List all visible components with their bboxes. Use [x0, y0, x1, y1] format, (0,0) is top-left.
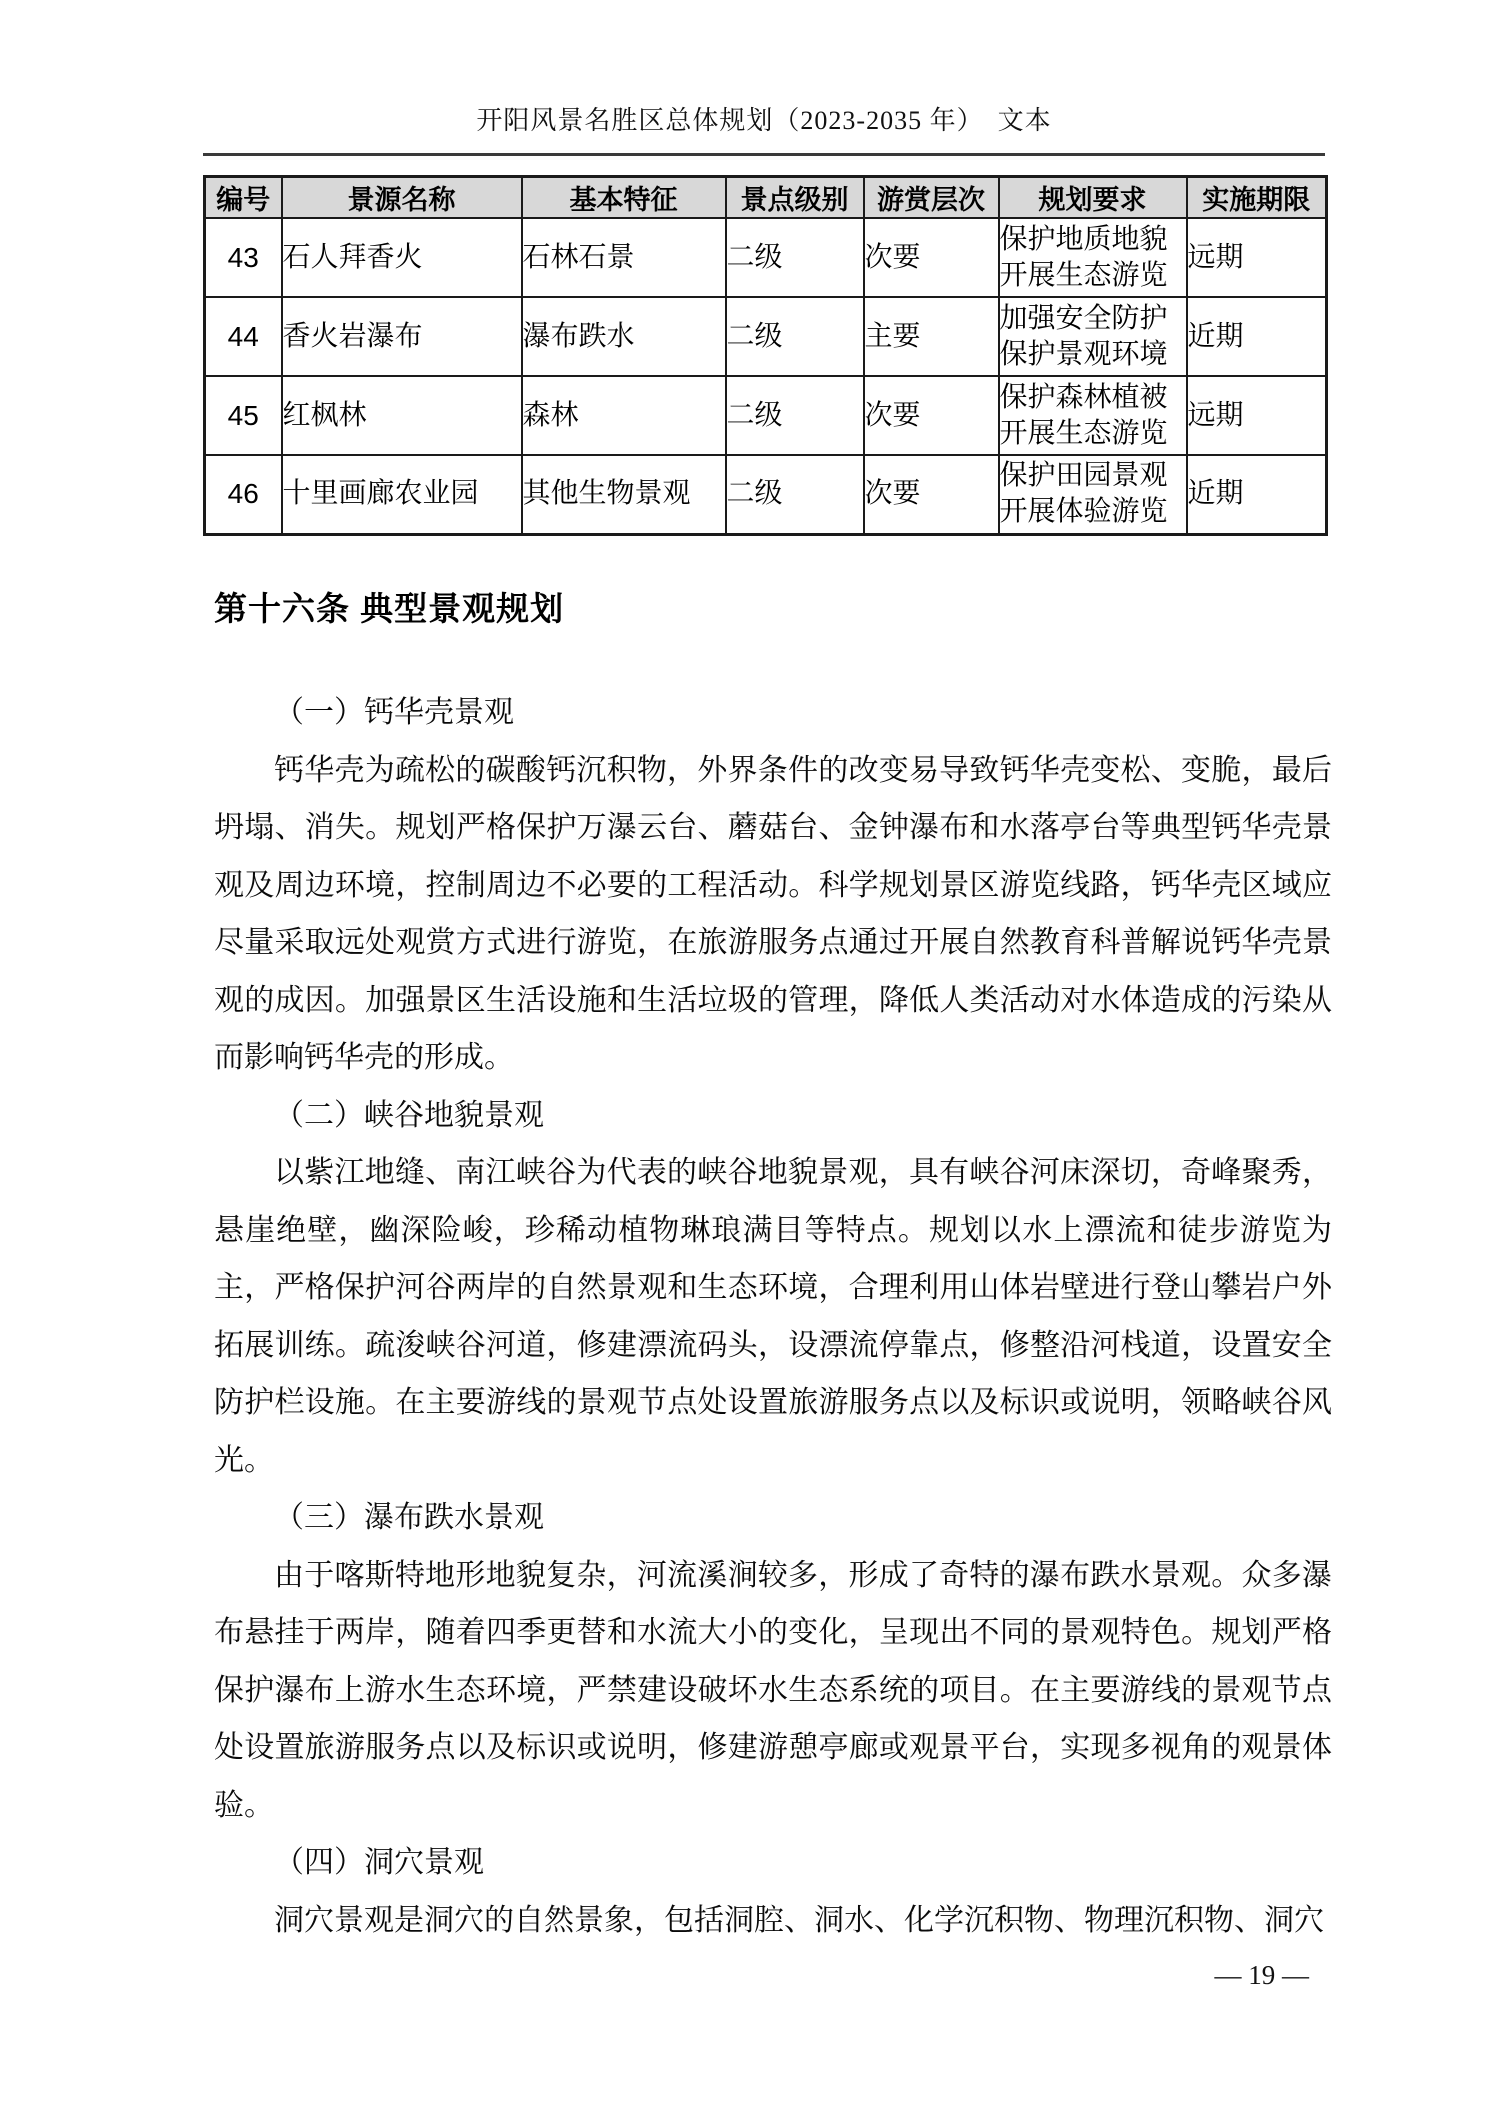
subsection-title: （二）峡谷地貌景观	[214, 1087, 1332, 1145]
table-cell-requirements: 加强安全防护保护景观环境	[999, 297, 1187, 376]
table-cell-tier: 次要	[864, 455, 999, 534]
table-cell-id: 43	[205, 218, 282, 297]
subsection-title: （三）瀑布跌水景观	[214, 1489, 1332, 1547]
table-cell-feature: 森林	[522, 376, 726, 455]
table-cell-period: 近期	[1187, 297, 1327, 376]
table-header-cell: 规划要求	[999, 177, 1187, 219]
table-cell-feature: 瀑布跌水	[522, 297, 726, 376]
table-cell-level: 二级	[726, 376, 864, 455]
table-cell-name: 石人拜香火	[282, 218, 522, 297]
requirement-line: 开展体验游览	[1000, 494, 1186, 530]
page-header-title: 开阳风景名胜区总体规划（2023-2035 年） 文本	[203, 104, 1325, 138]
table-cell-period: 远期	[1187, 376, 1327, 455]
table-cell-requirements: 保护地质地貌开展生态游览	[999, 218, 1187, 297]
requirement-line: 加强安全防护	[1000, 301, 1186, 337]
scenic-resource-table: 编号景源名称基本特征景点级别游赏层次规划要求实施期限 43石人拜香火石林石景二级…	[203, 175, 1328, 536]
table-row: 45红枫林森林二级次要保护森林植被开展生态游览远期	[205, 376, 1327, 455]
header-rule	[203, 153, 1325, 156]
table-header-cell: 游赏层次	[864, 177, 999, 219]
table-cell-feature: 其他生物景观	[522, 455, 726, 534]
table-row: 46十里画廊农业园其他生物景观二级次要保护田园景观开展体验游览近期	[205, 455, 1327, 534]
table-cell-level: 二级	[726, 455, 864, 534]
table-cell-level: 二级	[726, 297, 864, 376]
table-cell-requirements: 保护田园景观开展体验游览	[999, 455, 1187, 534]
table-cell-name: 十里画廊农业园	[282, 455, 522, 534]
table-row: 44香火岩瀑布瀑布跌水二级主要加强安全防护保护景观环境近期	[205, 297, 1327, 376]
table-body: 43石人拜香火石林石景二级次要保护地质地貌开展生态游览远期44香火岩瀑布瀑布跌水…	[205, 218, 1327, 534]
body-paragraph: 由于喀斯特地形地貌复杂，河流溪涧较多，形成了奇特的瀑布跌水景观。众多瀑布悬挂于两…	[214, 1547, 1332, 1835]
scenic-resource-table-wrap: 编号景源名称基本特征景点级别游赏层次规划要求实施期限 43石人拜香火石林石景二级…	[203, 175, 1328, 536]
table-cell-level: 二级	[726, 218, 864, 297]
table-cell-tier: 主要	[864, 297, 999, 376]
body-paragraph: 以紫江地缝、南江峡谷为代表的峡谷地貌景观，具有峡谷河床深切，奇峰聚秀，悬崖绝壁，…	[214, 1144, 1332, 1489]
section-content: （一）钙华壳景观钙华壳为疏松的碳酸钙沉积物，外界条件的改变易导致钙华壳变松、变脆…	[214, 684, 1332, 1949]
requirement-line: 保护地质地貌	[1000, 222, 1186, 258]
requirement-line: 开展生态游览	[1000, 416, 1186, 452]
table-cell-tier: 次要	[864, 218, 999, 297]
requirement-line: 保护景观环境	[1000, 337, 1186, 373]
table-cell-period: 近期	[1187, 455, 1327, 534]
table-cell-name: 红枫林	[282, 376, 522, 455]
requirement-line: 保护田园景观	[1000, 458, 1186, 494]
table-header-row: 编号景源名称基本特征景点级别游赏层次规划要求实施期限	[205, 177, 1327, 219]
table-cell-name: 香火岩瀑布	[282, 297, 522, 376]
table-cell-id: 44	[205, 297, 282, 376]
table-cell-tier: 次要	[864, 376, 999, 455]
body-paragraph: 钙华壳为疏松的碳酸钙沉积物，外界条件的改变易导致钙华壳变松、变脆，最后坍塌、消失…	[214, 742, 1332, 1087]
requirement-line: 开展生态游览	[1000, 258, 1186, 294]
subsection-title: （四）洞穴景观	[214, 1834, 1332, 1892]
table-cell-feature: 石林石景	[522, 218, 726, 297]
table-header-cell: 景源名称	[282, 177, 522, 219]
page-number: — 19 —	[203, 1960, 1309, 1991]
table-header-cell: 编号	[205, 177, 282, 219]
table-header-cell: 景点级别	[726, 177, 864, 219]
table-cell-id: 45	[205, 376, 282, 455]
requirement-line: 保护森林植被	[1000, 380, 1186, 416]
table-cell-requirements: 保护森林植被开展生态游览	[999, 376, 1187, 455]
table-cell-period: 远期	[1187, 218, 1327, 297]
table-cell-id: 46	[205, 455, 282, 534]
table-header-cell: 基本特征	[522, 177, 726, 219]
section-heading: 第十六条 典型景观规划	[214, 583, 564, 630]
subsection-title: （一）钙华壳景观	[214, 684, 1332, 742]
table-header-cell: 实施期限	[1187, 177, 1327, 219]
table-row: 43石人拜香火石林石景二级次要保护地质地貌开展生态游览远期	[205, 218, 1327, 297]
body-paragraph: 洞穴景观是洞穴的自然景象，包括洞腔、洞水、化学沉积物、物理沉积物、洞穴	[214, 1892, 1332, 1950]
